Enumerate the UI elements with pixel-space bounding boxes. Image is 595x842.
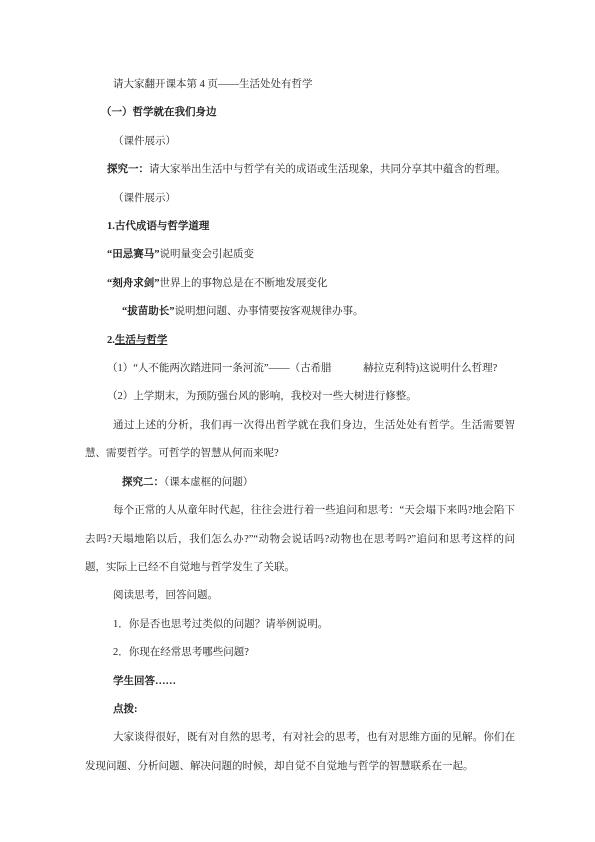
- text-run: 世界上的事物总是在不断地发展变化: [160, 278, 328, 289]
- paragraph: 学生回答……: [85, 668, 515, 696]
- text-run: 2．你现在经常思考哪些问题?: [113, 647, 249, 658]
- paragraph: 通过上述的分析，我们再一次得出哲学就在我们身边，生活处处有哲学。生活需要智慧、需…: [85, 412, 515, 469]
- paragraph: 大家谈得很好，既有对自然的思考，有对社会的思考，也有对思维方面的见解。你们在发现…: [85, 724, 515, 781]
- text-run: 1.古代成语与哲学道理: [107, 221, 209, 232]
- paragraph: 每个正常的人从童年时代起，往往会进行着一些追问和思考：“天会塌下来吗?地会陷下去…: [85, 497, 515, 582]
- paragraph: （2）上学期末，为预防强台风的影响，我校对一些大树进行修整。: [85, 383, 515, 411]
- text-run: 1．你是否也思考过类似的问题？请举例说明。: [113, 619, 328, 630]
- paragraph: （一）哲学就在我们身边: [85, 99, 515, 127]
- paragraph: （课件展示）: [85, 185, 515, 213]
- text-run: “田忌赛马”: [107, 249, 160, 260]
- paragraph: 阅读思考，回答问题。: [85, 582, 515, 610]
- text-run: （课本虚框的问题）: [164, 477, 253, 488]
- paragraph: 请大家翻开课本第 4 页——生活处处有哲学: [85, 71, 515, 99]
- text-run: （一）哲学就在我们身边: [101, 107, 217, 118]
- text-run: 阅读思考，回答问题。: [113, 590, 218, 601]
- text-run: 每个正常的人从童年时代起，往往会进行着一些追问和思考：“天会塌下来吗?地会陷下去…: [85, 505, 515, 573]
- paragraph: “拔苗助长”说明想问题、办事情要按客观规律办事。: [85, 298, 515, 326]
- paragraph: （课件展示）: [85, 128, 515, 156]
- text-run: 说明想问题、办事情要按客观规律办事。: [175, 306, 364, 317]
- paragraph: 1．你是否也思考过类似的问题？请举例说明。: [85, 611, 515, 639]
- document-page: 请大家翻开课本第 4 页——生活处处有哲学（一）哲学就在我们身边（课件展示）探究…: [0, 0, 595, 842]
- text-run: 通过上述的分析，我们再一次得出哲学就在我们身边，生活处处有哲学。生活需要智慧、需…: [85, 420, 515, 459]
- paragraph: （1）“人不能两次踏进同一条河流”——（古希腊 赫拉克利特)这说明什么哲理?: [85, 355, 515, 383]
- text-run: 生活与哲学: [115, 335, 168, 346]
- text-run: 请大家翻开课本第 4 页——生活处处有哲学: [113, 79, 313, 90]
- text-run: （课件展示）: [113, 193, 176, 204]
- paragraph: 1.古代成语与哲学道理: [85, 213, 515, 241]
- text-run: 请大家举出生活中与哲学有关的成语或生活现象，共同分享其中蕴含的哲理。: [149, 164, 506, 175]
- paragraph: “田忌赛马”说明量变会引起质变: [85, 241, 515, 269]
- paragraph: 2．你现在经常思考哪些问题?: [85, 639, 515, 667]
- text-run: 大家谈得很好，既有对自然的思考，有对社会的思考，也有对思维方面的见解。你们在发现…: [85, 732, 515, 771]
- paragraph: 探究二：（课本虚框的问题）: [85, 469, 515, 497]
- paragraph: 探究一：请大家举出生活中与哲学有关的成语或生活现象，共同分享其中蕴含的哲理。: [85, 156, 515, 184]
- text-run: （2）上学期末，为预防强台风的影响，我校对一些大树进行修整。: [107, 391, 417, 402]
- text-run: 2.: [107, 335, 115, 346]
- paragraph: 点拨:: [85, 696, 515, 724]
- text-run: 说明量变会引起质变: [160, 249, 255, 260]
- text-run: “拔苗助长”: [122, 306, 175, 317]
- paragraph: 2.生活与哲学: [85, 327, 515, 355]
- text-run: （1）“人不能两次踏进同一条河流”——（古希腊 赫拉克利特)这说明什么哲理?: [107, 363, 497, 374]
- text-run: 探究二：: [122, 477, 164, 488]
- text-run: 学生回答……: [113, 676, 176, 687]
- document-content: 请大家翻开课本第 4 页——生活处处有哲学（一）哲学就在我们身边（课件展示）探究…: [85, 71, 515, 781]
- text-run: 点拨:: [113, 704, 138, 715]
- paragraph: “刻舟求剑”世界上的事物总是在不断地发展变化: [85, 270, 515, 298]
- text-run: 探究一：: [107, 164, 149, 175]
- text-run: “刻舟求剑”: [107, 278, 160, 289]
- text-run: （课件展示）: [113, 136, 176, 147]
